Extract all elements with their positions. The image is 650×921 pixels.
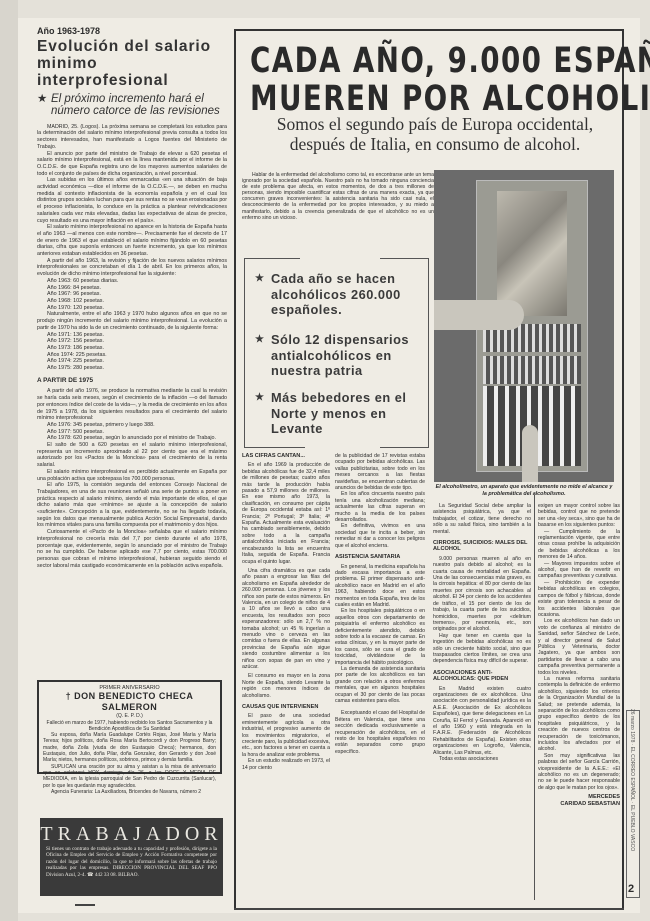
column-subhead: CAUSAS QUE INTERVIENEN — [242, 704, 330, 710]
list-item: Año 1975: 280 pesetas. — [47, 365, 227, 372]
list-item: Año 1968: 102 pesetas. — [47, 298, 227, 305]
paragraph: A partir del año 1976, se produce la nor… — [37, 388, 227, 422]
column-subhead: ASOCIACIONES ANTI-ALCOHOLICAS: QUE PIDEN — [433, 670, 531, 683]
list-item: Año 1974: 225 pesetas. — [47, 358, 227, 365]
left-article: Año 1963-1978 Evolución del salario mini… — [37, 28, 227, 569]
highlight-text: Más bebedores en el Norte y menos en Lev… — [271, 390, 406, 436]
list-item: Año 1976: 345 pesetas, primero y luego 3… — [47, 422, 227, 429]
list-item: Año 1977: 500 pesetas. — [47, 429, 227, 436]
paragraph: Son muy significativas las palabras del … — [538, 753, 620, 791]
paragraph: El año 1975, la comisión segunda del ent… — [37, 482, 227, 529]
bottom-rule — [234, 908, 624, 910]
paragraph: El paso de una sociedad eminentemente ag… — [242, 713, 330, 758]
divider — [75, 904, 95, 906]
highlight-item: ★ Sólo 12 dispensarios antialcohólicos e… — [255, 332, 421, 379]
paragraph: En Madrid existen cuatro organizaciones … — [433, 686, 531, 756]
paragraph: Una cifra dramática es que cada año pasa… — [242, 568, 330, 671]
paragraph: El salario mínimo interprofesional no ap… — [37, 224, 227, 258]
star-icon: ★ — [37, 93, 47, 106]
paragraph: El consumo es mayor en la zona Norte de … — [242, 673, 330, 699]
obituary-request: SUPLICAN una oración por su alma y asist… — [43, 764, 216, 789]
gauge-bars — [483, 356, 581, 384]
list-item: Año 1966: 84 pesetas. — [47, 285, 227, 292]
star-icon: ★ — [255, 271, 264, 287]
list-item: Año 1978: 620 pesetas, según lo anunciad… — [47, 435, 227, 442]
paragraph: En el año 1969 la producción de bebidas … — [242, 462, 330, 565]
main-intro: Hablar de la enfermedad del alcoholismo … — [242, 172, 434, 221]
column-rule — [534, 495, 535, 900]
obituary-agency: Agencia Funeraria: La Auxiliadora, Brice… — [43, 789, 216, 795]
paragraph: Las subidas en los últimos años enmarcad… — [37, 177, 227, 224]
paragraph: En los años cincuenta nuestro país tenía… — [335, 491, 425, 523]
ad-body: Si tienes un contrato de trabajo adecuad… — [40, 846, 223, 878]
paragraph: A partir del año 1963, la revisión y fij… — [37, 258, 227, 278]
list-item: Año 1971: 136 pesetas. — [47, 332, 227, 339]
paragraph: Hay que tener en cuenta que la ingestión… — [433, 633, 531, 665]
obituary-line1: Falleció en marzo de 1977, habiendo reci… — [43, 720, 216, 733]
paragraph: — Cumplimiento de la reglamentación vige… — [538, 529, 620, 561]
page-folio: 26 marzo 1978 · EL CORREO ESPAÑOL · EL P… — [626, 710, 640, 898]
headline-line1: CADA AÑO, 9.000 ESPAÑOLES — [250, 42, 576, 80]
paragraph: de la publicidad de 17 revistas estaba o… — [335, 453, 425, 491]
deck-text: El próximo incremento hará el número cat… — [51, 93, 220, 118]
page-edge — [0, 0, 18, 921]
list-item: Año 1970: 120 pesetas. — [47, 305, 227, 312]
ad-title: TRABAJADOR — [40, 822, 223, 846]
headline-line2: MUEREN POR ALCOHOLISMO — [250, 80, 576, 118]
paragraph: Curiosamente el «Pacto de la Moncloa» se… — [37, 529, 227, 569]
star-icon: ★ — [255, 390, 264, 406]
column-subhead: LAS CIFRAS CANTAN... — [242, 453, 330, 459]
list-item: Año 1967: 96 pesetas. — [47, 291, 227, 298]
byline-line1: MERCEDES — [538, 794, 620, 801]
list-item: Año 1963: 60 pesetas diarias. — [47, 278, 227, 285]
list-item: Año 1973: 186 pesetas. — [47, 345, 227, 352]
wage-list-1976-1978: Año 1976: 345 pesetas, primero y luego 3… — [37, 422, 227, 442]
byline-line2: CARIDAD SEBASTIAN — [538, 801, 620, 808]
list-item: Años 1974: 225 pesetas. — [47, 352, 227, 359]
star-icon: ★ — [255, 332, 264, 348]
article-title-line1: Evolución del salario — [37, 38, 227, 55]
paragraph: — Prohibición de expender bebidas alcohó… — [538, 580, 620, 618]
hand — [434, 300, 524, 330]
paragraph: El salto de 500 a 620 pesetas en el sala… — [37, 442, 227, 469]
breathalyzer-photo — [434, 170, 614, 482]
column-subhead: CIRROSIS, SUICIDIOS: MALES DEL ALCOHOL — [433, 540, 531, 553]
highlights-box: ★ Cada año se hacen alcohólicos 260.000 … — [244, 258, 429, 448]
paragraph: exigen un mayor control sobre las bebida… — [538, 503, 620, 529]
obituary-name: † DON BENEDICTO CHECA SALMERON — [43, 691, 216, 713]
article-column-3: La Seguridad Social debe ampliar la asis… — [433, 503, 531, 762]
highlight-text: Cada año se hacen alcohólicos 260.000 es… — [271, 271, 401, 317]
paragraph: Todas estas asociaciones — [433, 756, 531, 762]
main-subhead: Somos el segundo país de Europa occident… — [250, 114, 620, 154]
box-gap — [305, 445, 380, 450]
finger — [522, 425, 538, 482]
face-reflection — [497, 191, 567, 316]
paragraph: En definitiva, vivimos en una sociedad q… — [335, 523, 425, 549]
paragraph: Naturalmente, entre el año 1963 y 1970 h… — [37, 311, 227, 331]
article-column-1: LAS CIFRAS CANTAN... En el año 1969 la p… — [242, 453, 330, 771]
article-title-line2: minimo interprofesional — [37, 55, 227, 89]
highlight-text: Sólo 12 dispensarios antialcohólicos en … — [271, 332, 409, 378]
paragraph: Los ex alcohólicos han dado un voto de c… — [538, 618, 620, 676]
list-item: Año 1972: 156 pesetas. — [47, 338, 227, 345]
main-headline: CADA AÑO, 9.000 ESPAÑOLES MUEREN POR ALC… — [250, 42, 576, 118]
paragraph: La demanda de asistencia sanitaria por p… — [335, 666, 425, 704]
paragraph: En un estudio realizado en 1973, el 14 p… — [242, 758, 330, 771]
wage-list-1971-1975: Año 1971: 136 pesetas. Año 1972: 156 pes… — [37, 332, 227, 372]
folio-text: 26 marzo 1978 · EL CORREO ESPAÑOL · EL P… — [629, 709, 635, 879]
obituary-family: Su esposa, doña María Guadalupe Cortés R… — [43, 732, 216, 763]
paragraph: En general, la medicina española ha dado… — [335, 564, 425, 609]
page-number: 2 — [628, 883, 634, 895]
article-column-4: exigen un mayor control sobre las bebida… — [538, 503, 620, 807]
article-column-2: de la publicidad de 17 revistas estaba o… — [335, 453, 425, 755]
paragraph: 9.000 personas mueren al año en nuestro … — [433, 556, 531, 633]
article-deck: ★ El próximo incremento hará el número c… — [37, 93, 227, 118]
photo-caption: El alcoholímetro, un aparato que evident… — [434, 484, 614, 497]
highlight-item: ★ Más bebedores en el Norte y menos en L… — [255, 390, 421, 437]
obituary-notice: PRIMER ANIVERSARIO † DON BENEDICTO CHECA… — [37, 680, 222, 774]
box-gap — [300, 256, 380, 261]
highlight-item: ★ Cada año se hacen alcohólicos 260.000 … — [255, 271, 421, 318]
column-subhead: ASISTENCIA SANITARIA — [335, 554, 425, 560]
paragraph: El salario mínimo interprofesional es pe… — [37, 469, 227, 482]
paragraph: La Seguridad Social debe ampliar la asis… — [433, 503, 531, 535]
trabajador-ad: TRABAJADOR Si tienes un contrato de trab… — [40, 818, 223, 896]
article-kicker: Año 1963-1978 — [37, 28, 227, 35]
byline: MERCEDES CARIDAD SEBASTIAN — [538, 794, 620, 807]
paragraph: MADRID, 25. (Logos). La próxima semana s… — [37, 124, 227, 151]
wage-list-1963-1970: Año 1963: 60 pesetas diarias. Año 1966: … — [37, 278, 227, 312]
paragraph: — Mayores impuestos sobre el alcohol, qu… — [538, 561, 620, 580]
paragraph: El anuncio por parte del ministro de Tra… — [37, 151, 227, 178]
paragraph: Exceptuando el caso del Hospital de Béte… — [335, 710, 425, 755]
paragraph: En los hospitales psiquiátricos o en aqu… — [335, 608, 425, 666]
paragraph: La nueva reforma sanitaria contempla la … — [538, 676, 620, 753]
section-subhead: A PARTIR DE 1975 — [37, 378, 227, 385]
